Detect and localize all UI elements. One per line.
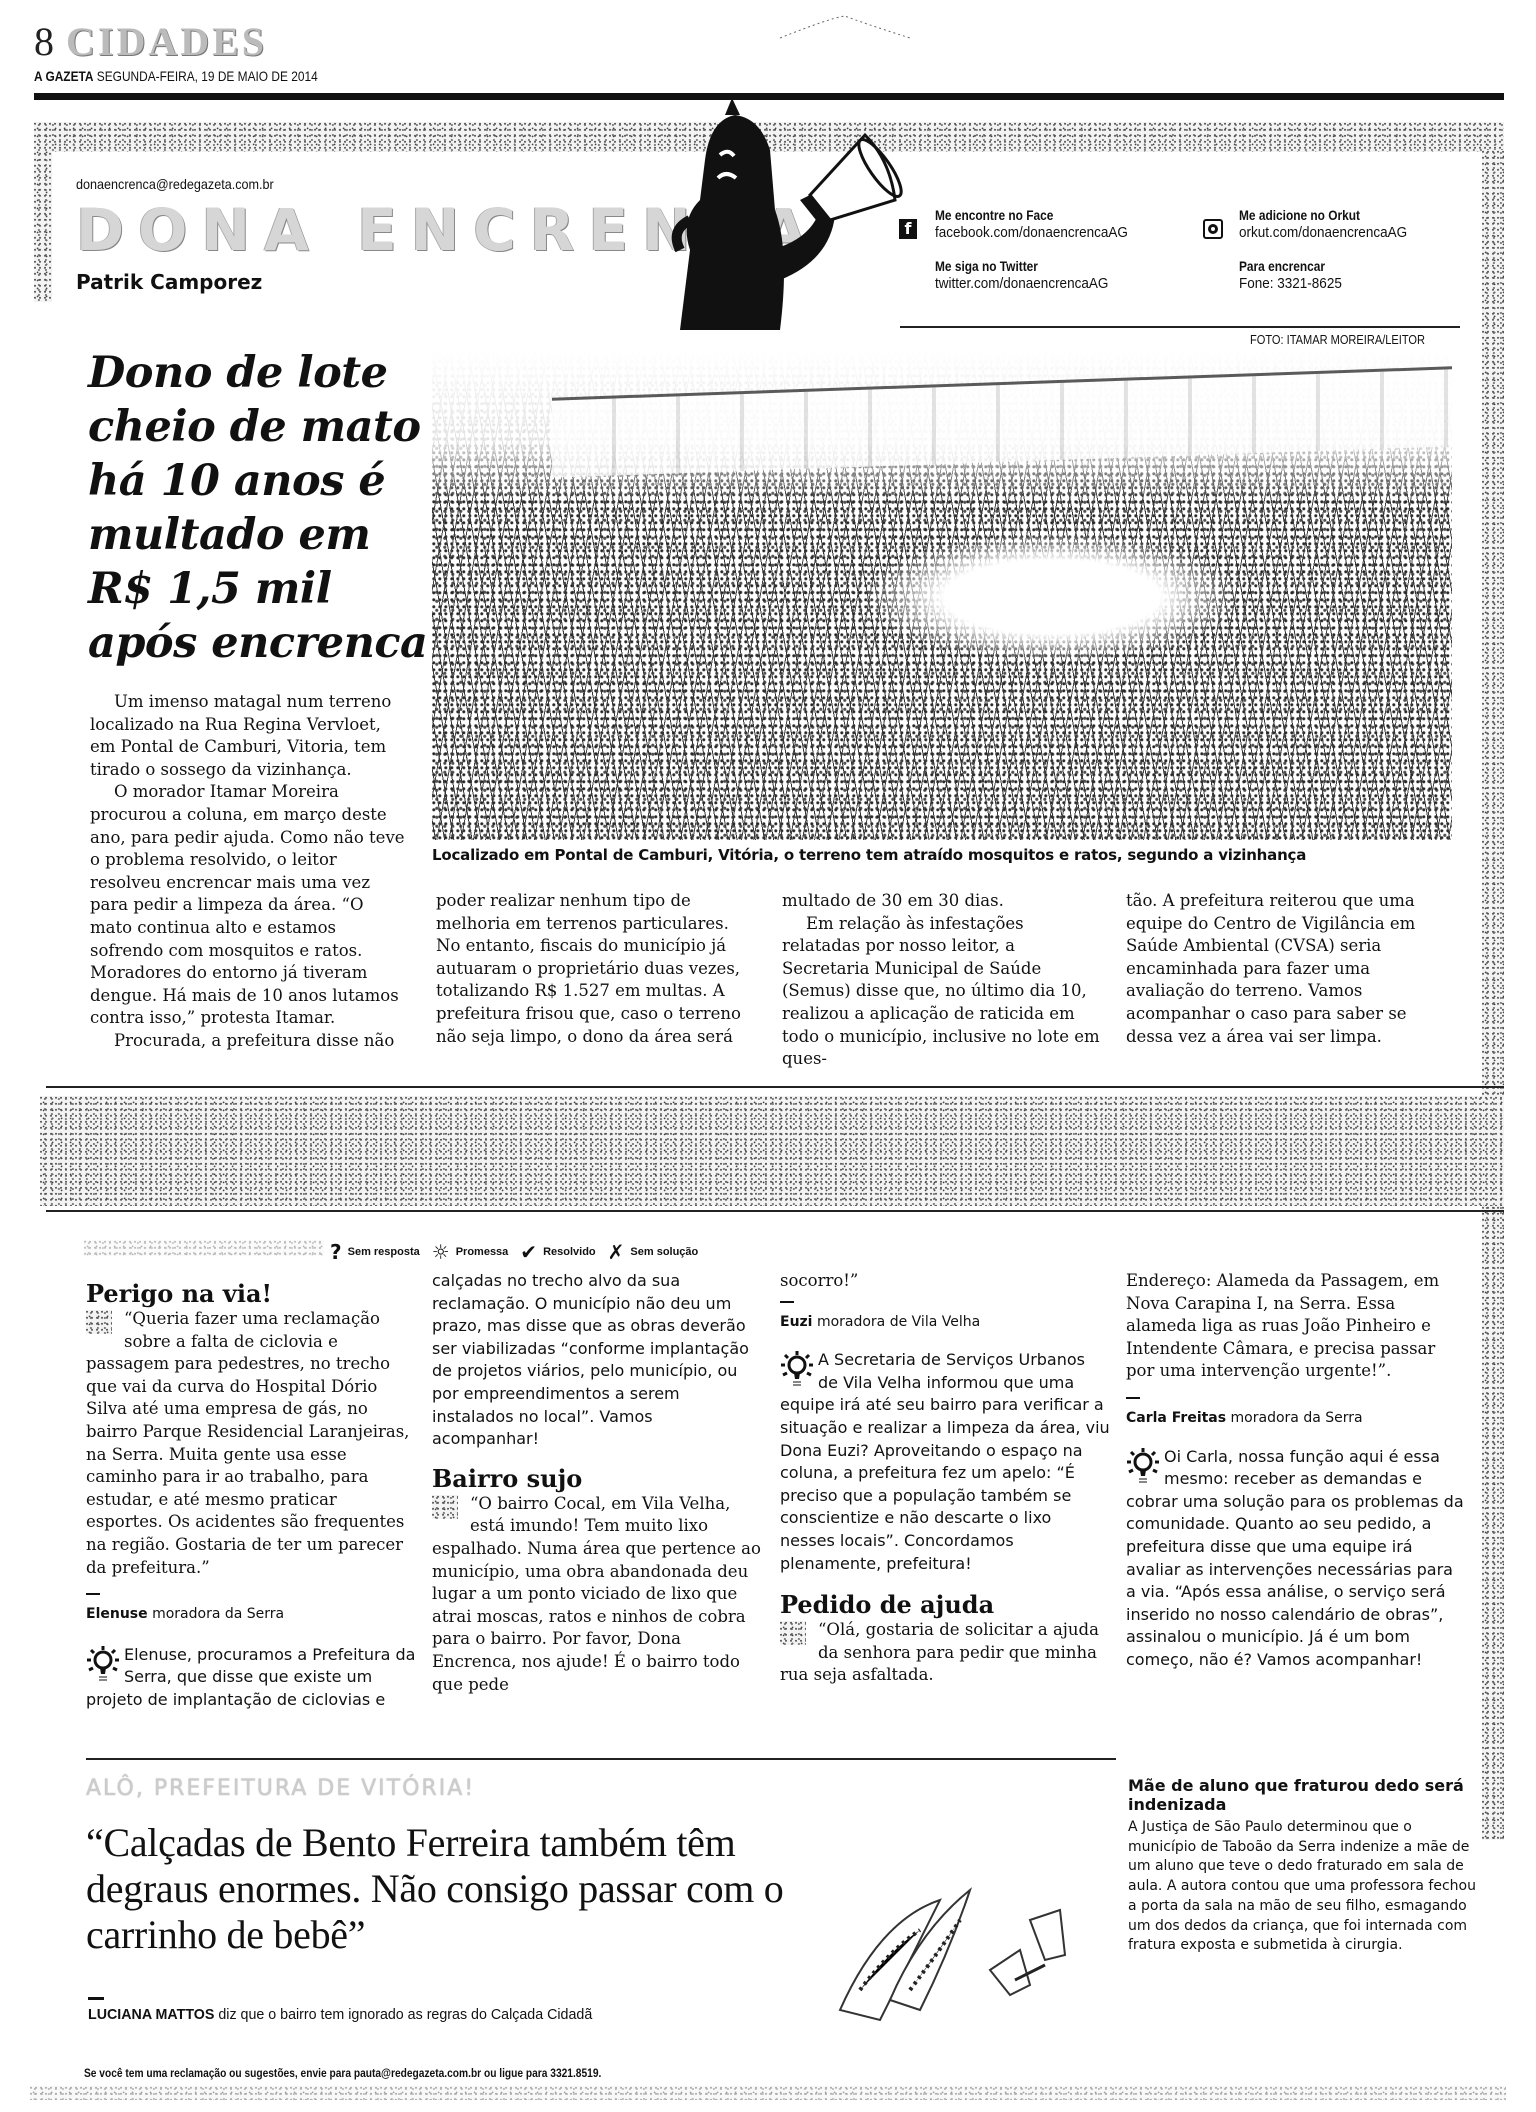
faded-banner — [40, 1096, 1504, 1206]
contact-twitter[interactable]: Me siga no Twitter twitter.com/donaencre… — [905, 258, 1128, 292]
complaint-quote: “Olá, gostaria de solicitar a ajuda da s… — [780, 1620, 1099, 1684]
section-name: CIDADES — [66, 19, 267, 64]
bulb-icon: ☼ — [432, 1240, 450, 1264]
complaint-perigo-na-via: Perigo na via! “Queria fazer uma reclama… — [86, 1280, 416, 1712]
phone-number: Fone: 3321-8625 — [1239, 275, 1342, 292]
pull-quote: “Calçadas de Bento Ferreira também têm d… — [86, 1820, 786, 1958]
masthead-rule — [900, 326, 1460, 328]
sidebar-news-text: A Justiça de São Paulo determinou que o … — [1128, 1818, 1478, 1956]
orkut-icon — [1203, 219, 1223, 239]
article-column-4: tão. A prefeitura reiterou que uma equip… — [1126, 890, 1446, 1048]
status-legend: ? Sem resposta ☼ Promessa ✔ Resolvido ✗ … — [330, 1240, 698, 1264]
orkut-link[interactable]: orkut.com/donaencrencaAG — [1239, 224, 1407, 241]
dateline: A GAZETA SEGUNDA-FEIRA, 19 DE MAIO DE 20… — [34, 68, 318, 84]
complaint-title: Perigo na via! — [86, 1280, 416, 1308]
facebook-icon: f — [899, 219, 917, 239]
publication-date: SEGUNDA-FEIRA, 19 DE MAIO DE 2014 — [97, 68, 318, 84]
page-number: 8 — [34, 19, 55, 64]
sidebar-news-title: Mãe de aluno que fraturou dedo será inde… — [1128, 1776, 1478, 1814]
faded-kicker: ALÔ, PREFEITURA DE VITÓRIA! — [86, 1776, 475, 1801]
photo-credit: FOTO: ITAMAR MOREIRA/LEITOR — [1250, 332, 1425, 347]
complaint-column-3: socorro!” Euzi moradora de Vila Velha A … — [780, 1270, 1110, 1687]
complaint-answer-cont: calçadas no trecho alvo da sua reclamaçã… — [432, 1270, 762, 1451]
article-column-3: multado de 30 em 30 dias. Em relação às … — [782, 890, 1102, 1071]
complaint-answer: Elenuse, procuramos a Prefeitura da Serr… — [86, 1644, 416, 1712]
complaint-quote: “Queria fazer uma reclamação sobre a fal… — [86, 1309, 409, 1577]
scan-mark — [770, 8, 920, 48]
contact-orkut[interactable]: Me adicione no Orkut orkut.com/donaencre… — [1203, 207, 1426, 241]
section-rule — [46, 1086, 1504, 1088]
question-icon — [86, 1310, 112, 1334]
overgrown-lot-photo — [432, 352, 1452, 840]
column-email: donaencrenca@redegazeta.com.br — [76, 176, 274, 192]
faded-legend-title — [84, 1240, 324, 1256]
bulb-icon — [780, 1349, 814, 1387]
complaint-title: Bairro sujo — [432, 1465, 762, 1493]
facebook-link[interactable]: facebook.com/donaencrencaAG — [935, 224, 1128, 241]
cross-figure-icon: ✗ — [608, 1240, 625, 1264]
question-icon: ? — [330, 1240, 342, 1264]
twitter-link[interactable]: twitter.com/donaencrencaAG — [935, 275, 1108, 292]
question-icon — [432, 1495, 458, 1519]
complaint-column-4: Endereço: Alameda da Passagem, em Nova C… — [1126, 1270, 1466, 1672]
article-column-2: poder realizar nenhum tipo de melhoria e… — [436, 890, 756, 1048]
footer-texture — [30, 2086, 1506, 2100]
complaint-signature: Carla Freitas moradora da Serra — [1126, 1407, 1466, 1430]
signature-dash — [88, 1997, 104, 2000]
complaint-quote: “O bairro Cocal, em Vila Velha, está imu… — [432, 1494, 761, 1694]
section-rule — [46, 1210, 1504, 1212]
article-column-1: Um imenso matagal num terreno localizado… — [90, 691, 410, 1053]
pull-quote-attribution: LUCIANA MATTOS diz que o bairro tem igno… — [88, 2006, 592, 2023]
complaint-column-2: calçadas no trecho alvo da sua reclamaçã… — [432, 1270, 762, 1696]
footer-contact: Se você tem uma reclamação ou sugestões,… — [84, 2066, 601, 2080]
signature-dash — [780, 1301, 794, 1303]
signature-dash — [86, 1593, 100, 1595]
contact-facebook[interactable]: f Me encontre no Face facebook.com/donae… — [905, 207, 1149, 241]
complaint-title: Pedido de ajuda — [780, 1591, 1110, 1619]
masthead-texture-left — [34, 122, 52, 302]
main-headline: Dono de lote cheio de mato há 10 anos é … — [88, 346, 428, 670]
complaint-answer: Oi Carla, nossa função aqui é essa mesmo… — [1126, 1446, 1466, 1672]
complaint-quote-cont: Endereço: Alameda da Passagem, em Nova C… — [1126, 1270, 1466, 1383]
contact-phone: Para encrencar Fone: 3321-8625 — [1203, 258, 1353, 292]
check-icon: ✔ — [520, 1240, 537, 1264]
bulb-icon — [86, 1644, 120, 1682]
column-author: Patrik Camporez — [76, 270, 262, 294]
sidebar-news: Mãe de aluno que fraturou dedo será inde… — [1128, 1776, 1478, 1956]
section-header: 8 CIDADES — [34, 18, 267, 65]
complaint-quote-cont: socorro!” — [780, 1270, 1110, 1293]
complaint-signature: Euzi moradora de Vila Velha — [780, 1311, 1110, 1334]
bulb-icon — [1126, 1446, 1160, 1484]
publication-name: A GAZETA — [34, 68, 94, 84]
signature-dash — [1126, 1397, 1140, 1399]
photo-caption: Localizado em Pontal de Camburi, Vitória… — [432, 846, 1452, 864]
complaint-answer: A Secretaria de Serviços Urbanos de Vila… — [780, 1349, 1110, 1575]
megaphone-mascot-icon — [660, 100, 910, 330]
question-icon — [780, 1621, 806, 1645]
header-rule — [34, 93, 1504, 100]
page-edge-texture — [1482, 150, 1504, 1840]
section-rule — [86, 1758, 1116, 1760]
complaint-signature: Elenuse moradora da Serra — [86, 1603, 416, 1626]
feet-illustration — [820, 1860, 1100, 2030]
